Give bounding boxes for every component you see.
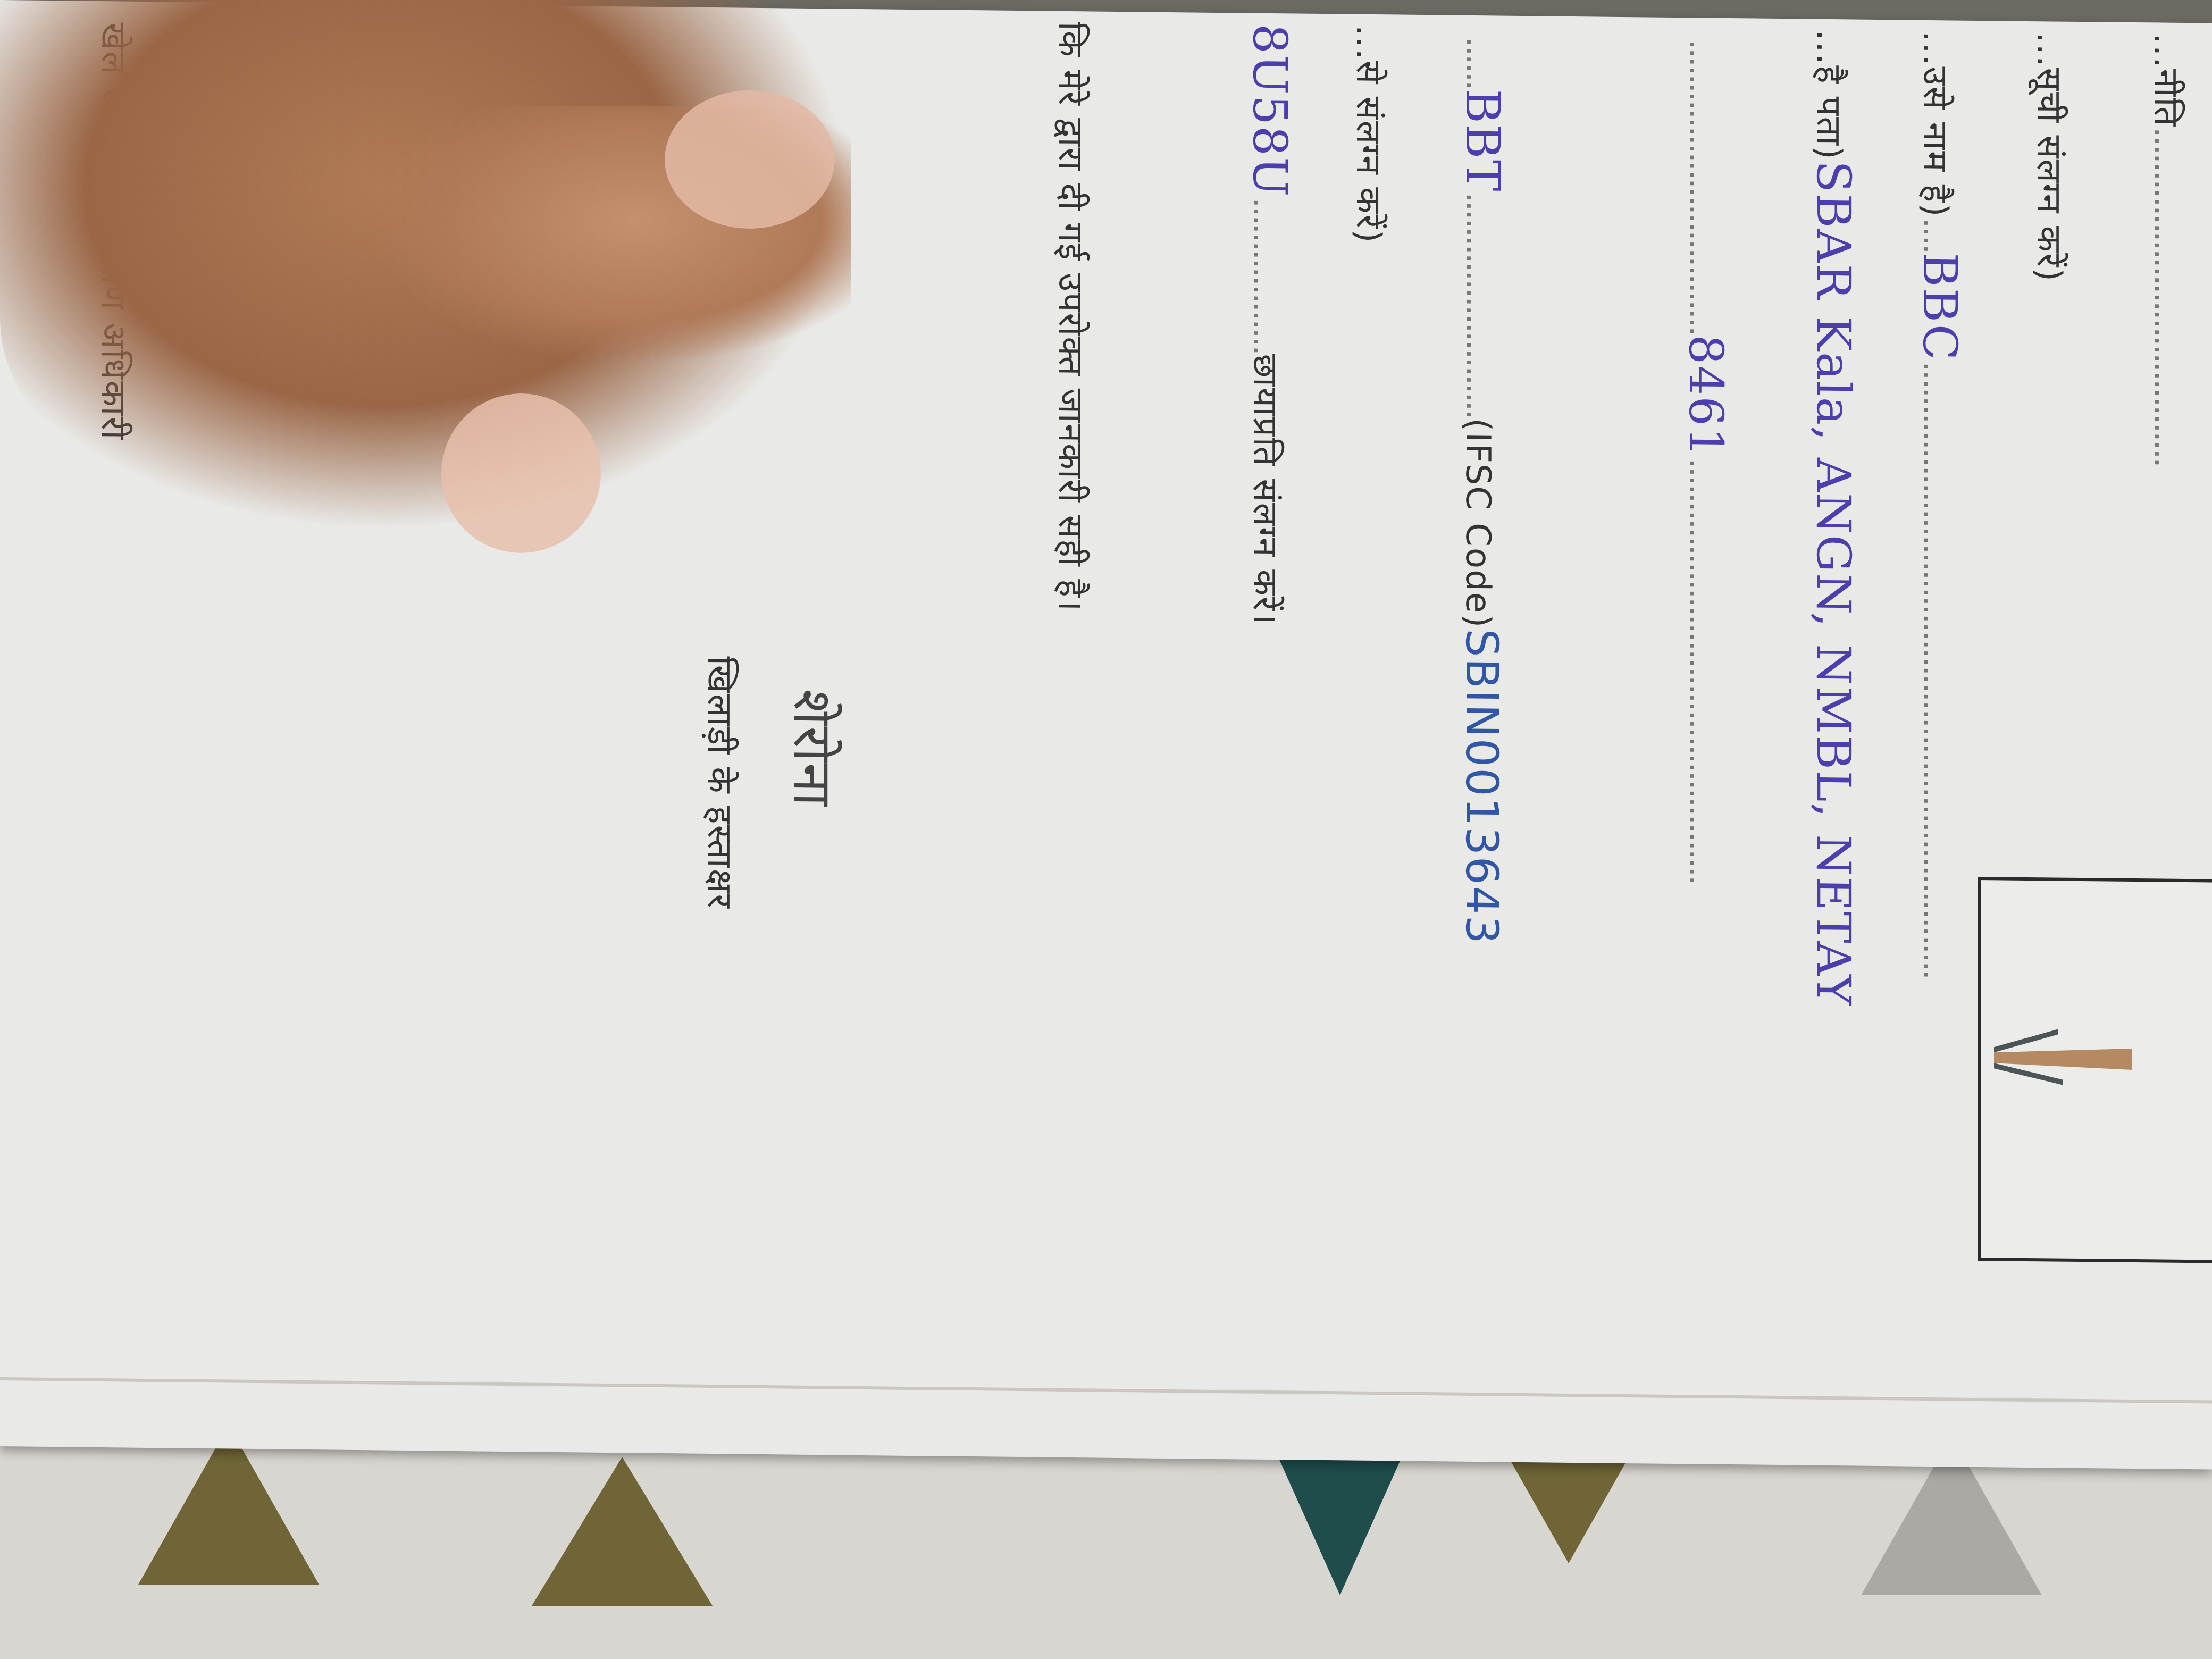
form-line-7: ...से संलग्न करें) bbox=[1347, 25, 1393, 244]
fabric-pattern bbox=[532, 1457, 713, 1606]
paper-edge bbox=[0, 1377, 2212, 1404]
handwritten-value: 8461 bbox=[1679, 334, 1733, 458]
form-line-6: ......BBT..........................(IFSC… bbox=[1455, 37, 1510, 945]
form-line-1: ...नीति.................................… bbox=[2144, 33, 2191, 466]
signature-caption: खिलाड़ी के हस्ताक्षर bbox=[698, 656, 744, 909]
ifsc-label: (IFSC Code) bbox=[1458, 418, 1497, 629]
form-line-3: ...उसे नाम है)....BBC...................… bbox=[1913, 31, 1967, 979]
form-line-4: ...है पता)SBAR Kala, ANGN, NMBL, NETAY bbox=[1806, 30, 1861, 1007]
handwritten-value: BBC bbox=[1913, 252, 1967, 361]
fingernail bbox=[665, 90, 835, 229]
form-line-5: ..................................8461..… bbox=[1679, 39, 1733, 884]
handwritten-address: SBAR Kala, ANGN, NMBL, NETAY bbox=[1806, 160, 1861, 1007]
declaration-line: कि मेरे द्वारा दी गई उपरोक्त जानकारी सही… bbox=[1049, 22, 1095, 613]
fingernail bbox=[441, 393, 601, 553]
form-line-8: 8U58U..................छायाप्रति संलग्न … bbox=[1243, 23, 1297, 626]
handwritten-value: BBT bbox=[1455, 89, 1510, 192]
handwritten-value: 8U58U bbox=[1243, 23, 1297, 197]
attachment-note: छायाप्रति संलग्न करें। bbox=[1245, 354, 1285, 626]
pencil-mark-icon bbox=[1994, 1026, 2132, 1091]
signature: शेरोना bbox=[778, 689, 851, 808]
ifsc-value: SBIN0013643 bbox=[1456, 629, 1508, 945]
form-line-2: ...सूची संलग्न करें) bbox=[2027, 32, 2074, 283]
